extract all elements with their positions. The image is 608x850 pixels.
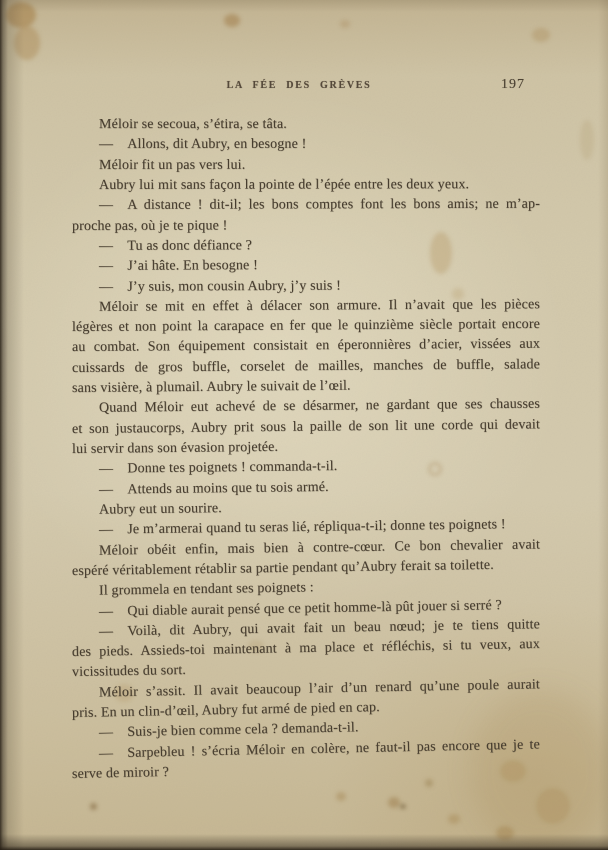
text-line: — J’ai hâte. En besogne ! <box>72 255 540 277</box>
text-line: — Tu as donc défiance ? <box>72 235 540 257</box>
text-line: Aubry lui mit sans façon la pointe de l’… <box>72 175 540 196</box>
page-number: 197 <box>501 77 525 93</box>
page-header: LA FÉE DES GRÈVES 197 <box>72 80 540 100</box>
page-text: Méloir se secoua, s’étira, se tâta.— All… <box>72 115 540 785</box>
stain <box>496 826 514 840</box>
book-page: LA FÉE DES GRÈVES 197 Méloir se secoua, … <box>0 0 608 850</box>
page-edge-shadow-left <box>0 0 24 850</box>
text-line: — J’y suis, mon cousin Aubry, j’y suis ! <box>72 275 540 298</box>
page-edge-shadow-bottom <box>0 834 608 850</box>
text-line: — A distance ! dit-il; les bons comptes … <box>72 195 540 217</box>
stain <box>90 803 97 810</box>
stain <box>14 26 40 60</box>
text-line: proche pas, où je te pique ! <box>72 215 540 237</box>
stain <box>388 797 400 808</box>
stain <box>532 28 550 42</box>
text-line: Méloir se secoua, s’étira, se tâta. <box>72 115 540 135</box>
stain <box>448 814 460 824</box>
stain <box>340 20 350 28</box>
page-edge-shadow-top <box>0 0 608 12</box>
stain <box>336 792 346 801</box>
stain <box>536 788 570 824</box>
stain <box>400 804 406 809</box>
text-line: Méloir fit un pas vers lui. <box>72 155 540 176</box>
stain <box>224 14 240 27</box>
text-line: — Allons, dit Aubry, en besogne ! <box>72 135 540 156</box>
stain <box>6 2 36 28</box>
running-title: LA FÉE DES GRÈVES <box>58 80 540 91</box>
page-edge-shadow-right <box>598 0 608 850</box>
stain <box>580 120 594 160</box>
